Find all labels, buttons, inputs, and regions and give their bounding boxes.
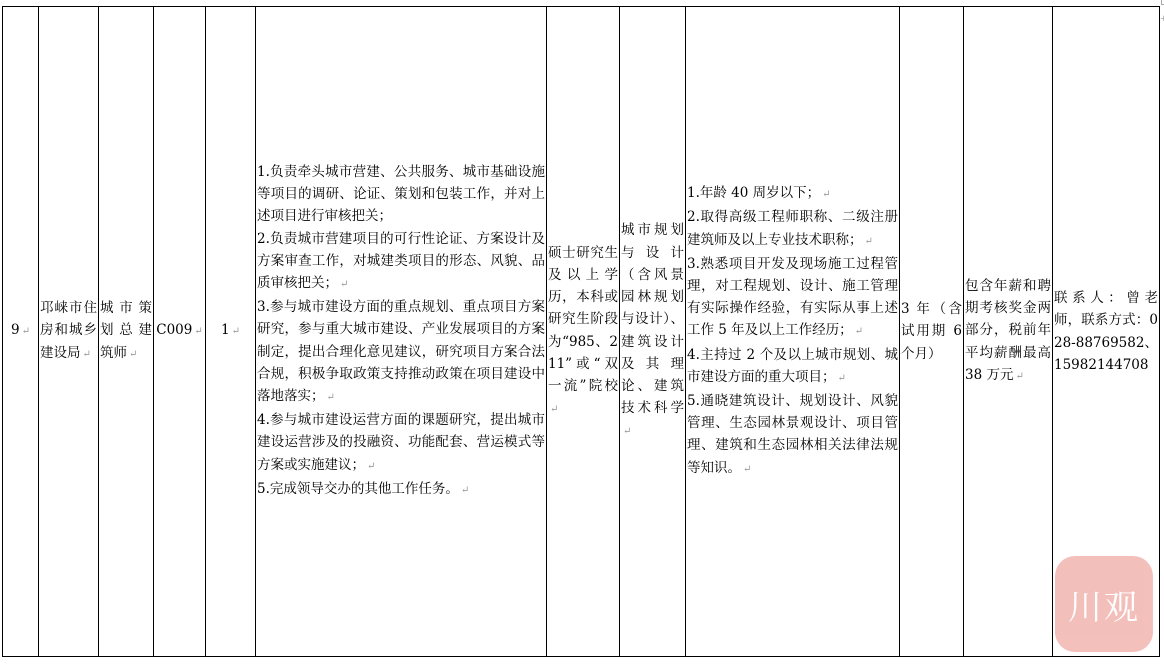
requirement-item: 1.年龄 40 周岁以下；↵ bbox=[687, 182, 898, 206]
row-index-cell: 9↵ bbox=[3, 7, 39, 657]
row-index: 9 bbox=[11, 322, 20, 338]
duty-item: 4.参与城市建设运营方面的课题研究，提出城市建设运营涉及的投融资、功能配套、营运… bbox=[257, 409, 545, 478]
paragraph-mark-icon: ↵ bbox=[22, 326, 30, 337]
paragraph-mark-icon: ↵ bbox=[865, 236, 873, 247]
requirement-item: 5.通晓建筑设计、规划设计、风貌管理、生态园林景观设计、项目管理、建筑和生态园林… bbox=[687, 390, 898, 481]
watermark-text: 川观 bbox=[1068, 580, 1140, 629]
duty-item: 1.负责牵头城市营建、公共服务、城市基础设施等项目的调研、论证、策划和包装工作，… bbox=[257, 161, 545, 228]
major-requirement: 城市规划与设计（含风景园林规划与设计）、建筑设计及其理论、建筑技术科学 bbox=[621, 222, 684, 416]
paragraph-mark-icon: ↵ bbox=[367, 461, 375, 472]
education-cell: 硕士研究生及以上学历，本科或研究生阶段为“985、211”或“双一流”院校↵ bbox=[547, 7, 620, 657]
headcount: 1 bbox=[221, 322, 230, 338]
paragraph-mark-icon: ↵ bbox=[855, 326, 863, 337]
position-code-cell: C009↵ bbox=[154, 7, 206, 657]
requirements-cell: 1.年龄 40 周岁以下；↵ 2.取得高级工程师职称、二级注册建筑师及以上专业技… bbox=[686, 7, 900, 657]
requirement-item: 4.主持过 2 个及以上城市规划、城市建设方面的重大项目；↵ bbox=[687, 344, 898, 390]
employer-cell: 邛崃市住房和城乡建设局↵ bbox=[39, 7, 99, 657]
headcount-cell: 1↵ bbox=[206, 7, 256, 657]
paragraph-mark-icon: ↵ bbox=[232, 326, 240, 337]
paragraph-mark-icon: ↵ bbox=[822, 189, 830, 200]
watermark-logo: 川观 bbox=[1055, 556, 1153, 652]
paragraph-mark-icon: ↵ bbox=[194, 326, 202, 337]
table-row: 9↵ 邛崃市住房和城乡建设局↵ 城市策划总建筑师↵ C009↵ 1↵ 1.负责牵… bbox=[3, 7, 1160, 657]
paragraph-mark-icon: ↵ bbox=[550, 404, 558, 415]
position-name: 城市策划总建筑师 bbox=[100, 300, 152, 360]
salary-description: 包含年薪和聘期考核奖金两部分，税前年平均薪酬最高 38 万元 bbox=[965, 278, 1051, 383]
table-move-handle-icon: + bbox=[1160, 16, 1164, 22]
requirement-item: 3.熟悉项目开发及现场施工过程管理，对工程规划、设计、施工管理有实际操作经验，有… bbox=[687, 253, 898, 344]
position-code: C009 bbox=[156, 322, 192, 338]
major-cell: 城市规划与设计（含风景园林规划与设计）、建筑设计及其理论、建筑技术科学↵ bbox=[620, 7, 686, 657]
salary-cell: 包含年薪和聘期考核奖金两部分，税前年平均薪酬最高 38 万元↵ bbox=[964, 7, 1053, 657]
paragraph-mark-icon: ↵ bbox=[1015, 371, 1023, 382]
paragraph-mark-icon: ↵ bbox=[83, 349, 91, 360]
paragraph-mark-icon: ↵ bbox=[340, 279, 348, 290]
duties-cell: 1.负责牵头城市营建、公共服务、城市基础设施等项目的调研、论证、策划和包装工作，… bbox=[256, 7, 547, 657]
paragraph-mark-icon: ↵ bbox=[838, 373, 846, 384]
paragraph-mark-icon: ↵ bbox=[129, 349, 137, 360]
paragraph-mark-icon: ↵ bbox=[743, 464, 751, 475]
duty-item: 3.参与城市建设方面的重点规划、重点项目方案研究，参与重大城市建设、产业发展项目… bbox=[257, 296, 545, 409]
paragraph-mark-icon: ↵ bbox=[461, 485, 469, 496]
contact-info: 联系人：曾老师，联系方式：028-88769582、15982144708 bbox=[1054, 290, 1158, 373]
paragraph-mark-icon: ↵ bbox=[327, 392, 335, 403]
duty-item: 5.完成领导交办的其他工作任务。↵ bbox=[257, 478, 545, 502]
recruitment-table: 9↵ 邛崃市住房和城乡建设局↵ 城市策划总建筑师↵ C009↵ 1↵ 1.负责牵… bbox=[2, 6, 1160, 657]
duty-item: 2.负责城市营建项目的可行性论证、方案设计及方案审查工作，对城建类项目的形态、风… bbox=[257, 228, 545, 297]
contract-term-cell: 3 年（含试用期 6 个月） bbox=[900, 7, 964, 657]
paragraph-mark-icon: ↵ bbox=[623, 426, 631, 437]
education-requirement: 硕士研究生及以上学历，本科或研究生阶段为“985、211”或“双一流”院校 bbox=[548, 245, 618, 394]
requirement-item: 2.取得高级工程师职称、二级注册建筑师及以上专业技术职称；↵ bbox=[687, 206, 898, 252]
position-cell: 城市策划总建筑师↵ bbox=[99, 7, 154, 657]
contract-term: 3 年（含试用期 6 个月） bbox=[901, 301, 962, 361]
